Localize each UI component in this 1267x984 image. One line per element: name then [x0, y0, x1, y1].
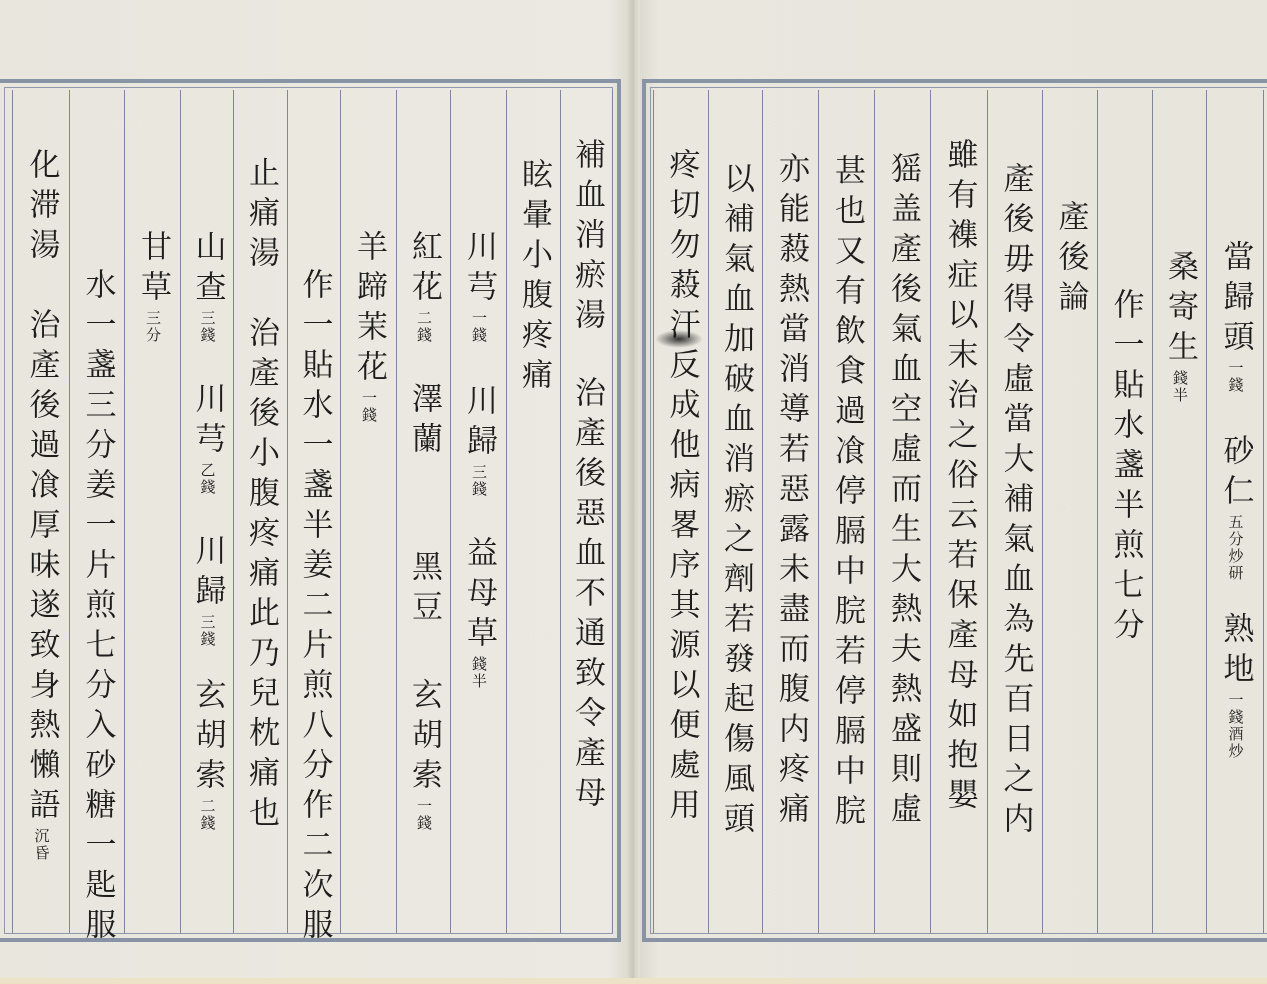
body-text: 甚也又有飲食過飡停膈中脘若停膈中脘: [831, 154, 862, 834]
dosage-note: 五分炒研: [1228, 514, 1243, 582]
text-column: 當歸頭一錢砂仁五分炒研熟地一錢酒炒: [1206, 90, 1264, 933]
text-column: 猺盖產後氣血空虛而生大熱夫熱盛則虛: [874, 90, 930, 933]
herb-name: 玄胡索: [192, 678, 223, 798]
text-column: 紅花二錢澤蘭黑豆玄胡索一錢: [396, 90, 450, 933]
text-column: 化滞湯治產後過飡厚味遂致身熱懶語沉昏: [12, 90, 69, 933]
body-text: 雖有襍症以末治之俗云若保產母如抱嬰: [944, 138, 975, 818]
text-column: 川芎一錢川歸三錢益母草錢半: [450, 90, 506, 933]
herb-name: 甘草: [137, 230, 168, 310]
dosage-note: 三分: [145, 310, 160, 344]
body-text: 眩暈小腹疼痛: [518, 158, 549, 398]
herb-name: 砂仁: [1220, 434, 1251, 514]
dosage-note: 三錢: [471, 464, 486, 498]
text-column: 以補氣血加破血消瘀之劑若發起傷風頭: [708, 90, 762, 933]
book-gutter: [628, 0, 640, 984]
dosage-note: 三錢: [200, 310, 215, 344]
body-text: 以補氣血加破血消瘀之劑若發起傷風頭: [720, 162, 751, 842]
body-text: 猺盖產後氣血空虛而生大熱夫熱盛則虛: [887, 152, 918, 832]
dosage-note: 沉昏: [34, 828, 49, 862]
herb-name: 黑豆: [408, 550, 439, 630]
dosage-note: 三錢: [200, 614, 215, 648]
text-column: 補血消瘀湯治產後惡血不通致令產母: [560, 90, 613, 933]
herb-name: 川歸: [192, 534, 223, 614]
formula-title: 止痛湯: [245, 156, 276, 276]
body-text: 亦能蔱熱當消導若惡露未盡而腹内疼痛: [775, 152, 806, 832]
herb-name: 熟地: [1220, 612, 1251, 692]
dosage-note: 錢半: [471, 656, 486, 690]
herb-name: 桑寄生: [1164, 250, 1195, 370]
text-column: 疼切勿蔱汗反成他病畧序其源以便處用: [653, 90, 708, 933]
dosage-note: 一錢: [416, 798, 431, 832]
text-column: 止痛湯治產後小腹疼痛此乃兒枕痛也: [233, 90, 287, 933]
dosage-note: 一錢: [1228, 360, 1243, 394]
formula-indication: 治產後小腹疼痛此乃兒枕痛也: [245, 316, 276, 836]
dosage-note: 一錢: [361, 390, 376, 424]
herb-name: 川芎: [463, 230, 494, 310]
dosage-note: 錢半: [1172, 370, 1187, 404]
herb-name: 川歸: [463, 384, 494, 464]
preparation-instruction: 作一貼水盞半煎七分: [1110, 288, 1141, 648]
body-text: 疼切勿蔱汗反成他病畧序其源以便處用: [666, 148, 697, 828]
body-text: 產後毋得令虛當大補氣血為先百日之内: [1000, 162, 1031, 842]
herb-name: 當歸頭: [1220, 240, 1251, 360]
text-column: 羊蹄茉花一錢: [340, 90, 396, 933]
formula-title: 化滞湯: [26, 148, 57, 268]
formula-title: 補血消瘀湯: [571, 138, 602, 338]
dosage-note: 二錢: [200, 798, 215, 832]
text-column: 作一貼水盞半煎七分: [1097, 90, 1152, 933]
text-column: 雖有襍症以末治之俗云若保產母如抱嬰: [930, 90, 987, 933]
herb-name: 川芎: [192, 382, 223, 462]
section-heading: 產後論: [1055, 200, 1086, 320]
text-column: 水一盞三分姜一片煎七分入砂糖一匙服: [69, 90, 124, 933]
text-column: 亦能蔱熱當消導若惡露未盡而腹内疼痛: [762, 90, 818, 933]
text-column: 眩暈小腹疼痛: [506, 90, 560, 933]
dosage-note: 一錢酒炒: [1228, 692, 1243, 760]
herb-name: 山查: [192, 230, 223, 310]
page-edge: [0, 978, 1267, 984]
dosage-note: 一錢: [471, 310, 486, 344]
text-column: 桑寄生錢半: [1152, 90, 1206, 933]
text-column: 產後毋得令虛當大補氣血為先百日之内: [987, 90, 1042, 933]
formula-indication: 治產後惡血不通致令產母: [571, 376, 602, 816]
text-column: 甚也又有飲食過飡停膈中脘若停膈中脘: [818, 90, 874, 933]
herb-name: 澤蘭: [408, 382, 439, 462]
preparation-instruction: 作一貼水一盞半姜二片煎八分作二次服: [299, 268, 330, 948]
dosage-note: 乙錢: [200, 462, 215, 496]
herb-name: 益母草: [463, 536, 494, 656]
herb-name: 玄胡索: [408, 678, 439, 798]
formula-indication: 治產後過飡厚味遂致身熱懶語: [26, 308, 57, 828]
text-column: 作一貼水一盞半姜二片煎八分作二次服: [287, 90, 340, 933]
dosage-note: 二錢: [416, 310, 431, 344]
ink-blot: [655, 330, 703, 348]
text-column: 甘草三分: [124, 90, 180, 933]
herb-name: 羊蹄茉花: [353, 230, 384, 390]
text-column: 產後論: [1042, 90, 1097, 933]
preparation-instruction: 水一盞三分姜一片煎七分入砂糖一匙服: [82, 268, 113, 948]
herb-name: 紅花: [408, 230, 439, 310]
text-column: 山查三錢川芎乙錢川歸三錢玄胡索二錢: [180, 90, 233, 933]
